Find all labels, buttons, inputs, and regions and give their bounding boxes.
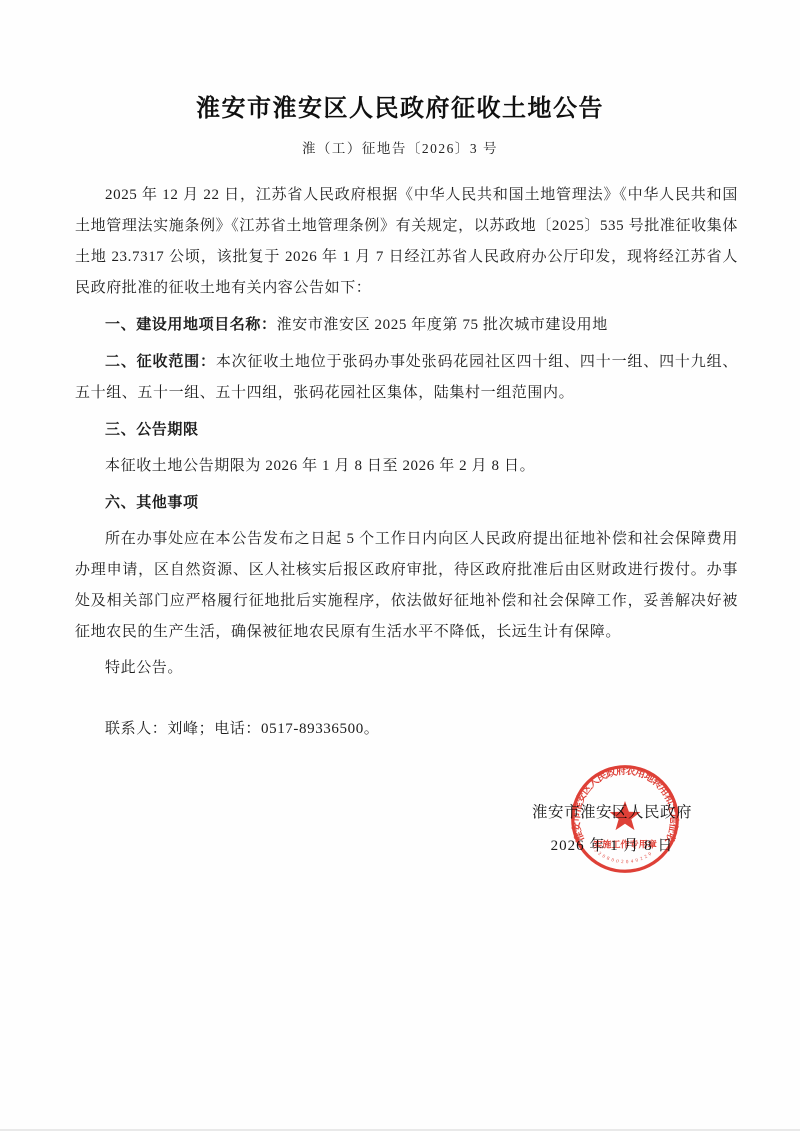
paragraph-text: 所在办事处应在本公告发布之日起 5 个工作日内向区人民政府提出征地补偿和社会保障… — [75, 531, 738, 640]
section-heading: 六、其他事项 — [105, 494, 199, 511]
paragraph: 六、其他事项 — [75, 487, 738, 519]
section-heading: 一、建设用地项目名称： — [105, 316, 277, 333]
paragraph-text: 联系人：刘峰；电话：0517-89336500。 — [105, 721, 379, 737]
svg-text:3208002040220: 3208002040220 — [593, 848, 654, 865]
seal-banner-text: 实施工作专用章 — [593, 839, 657, 850]
paragraph: 联系人：刘峰；电话：0517-89336500。 — [75, 714, 738, 745]
seal-serial: 3208002040220 — [593, 848, 654, 865]
paragraph: 本征收土地公告期限为 2026 年 1 月 8 日至 2026 年 2 月 8 … — [75, 451, 738, 482]
paragraph-text: 淮安市淮安区 2025 年度第 75 批次城市建设用地 — [277, 317, 608, 333]
paragraph: 三、公告期限 — [75, 414, 738, 446]
official-seal: 淮安市淮安区人民政府农用地转用和土地征收 实施工作专用章 32080020402… — [568, 762, 682, 876]
paragraph-text: 2025 年 12 月 22 日，江苏省人民政府根据《中华人民共和国土地管理法》… — [75, 187, 738, 296]
section-heading: 三、公告期限 — [105, 421, 199, 438]
paragraph: 特此公告。 — [75, 653, 738, 684]
document-body: 2025 年 12 月 22 日，江苏省人民政府根据《中华人民共和国土地管理法》… — [75, 180, 738, 745]
paragraph-text: 特此公告。 — [105, 660, 183, 676]
paragraph: 2025 年 12 月 22 日，江苏省人民政府根据《中华人民共和国土地管理法》… — [75, 180, 738, 304]
document-title: 淮安市淮安区人民政府征收土地公告 — [0, 0, 800, 123]
paragraph: 二、征收范围：本次征收土地位于张码办事处张码花园社区四十组、四十一组、四十九组、… — [75, 346, 738, 409]
seal-star-icon — [610, 801, 641, 830]
section-heading: 二、征收范围： — [105, 353, 216, 370]
document-page: 淮安市淮安区人民政府征收土地公告 淮（工）征地告〔2026〕3 号 2025 年… — [0, 0, 800, 1131]
paragraph: 一、建设用地项目名称：淮安市淮安区 2025 年度第 75 批次城市建设用地 — [75, 309, 738, 341]
document-number: 淮（工）征地告〔2026〕3 号 — [0, 137, 800, 157]
paragraph: 所在办事处应在本公告发布之日起 5 个工作日内向区人民政府提出征地补偿和社会保障… — [75, 524, 738, 648]
paragraph-text: 本征收土地公告期限为 2026 年 1 月 8 日至 2026 年 2 月 8 … — [105, 458, 535, 474]
